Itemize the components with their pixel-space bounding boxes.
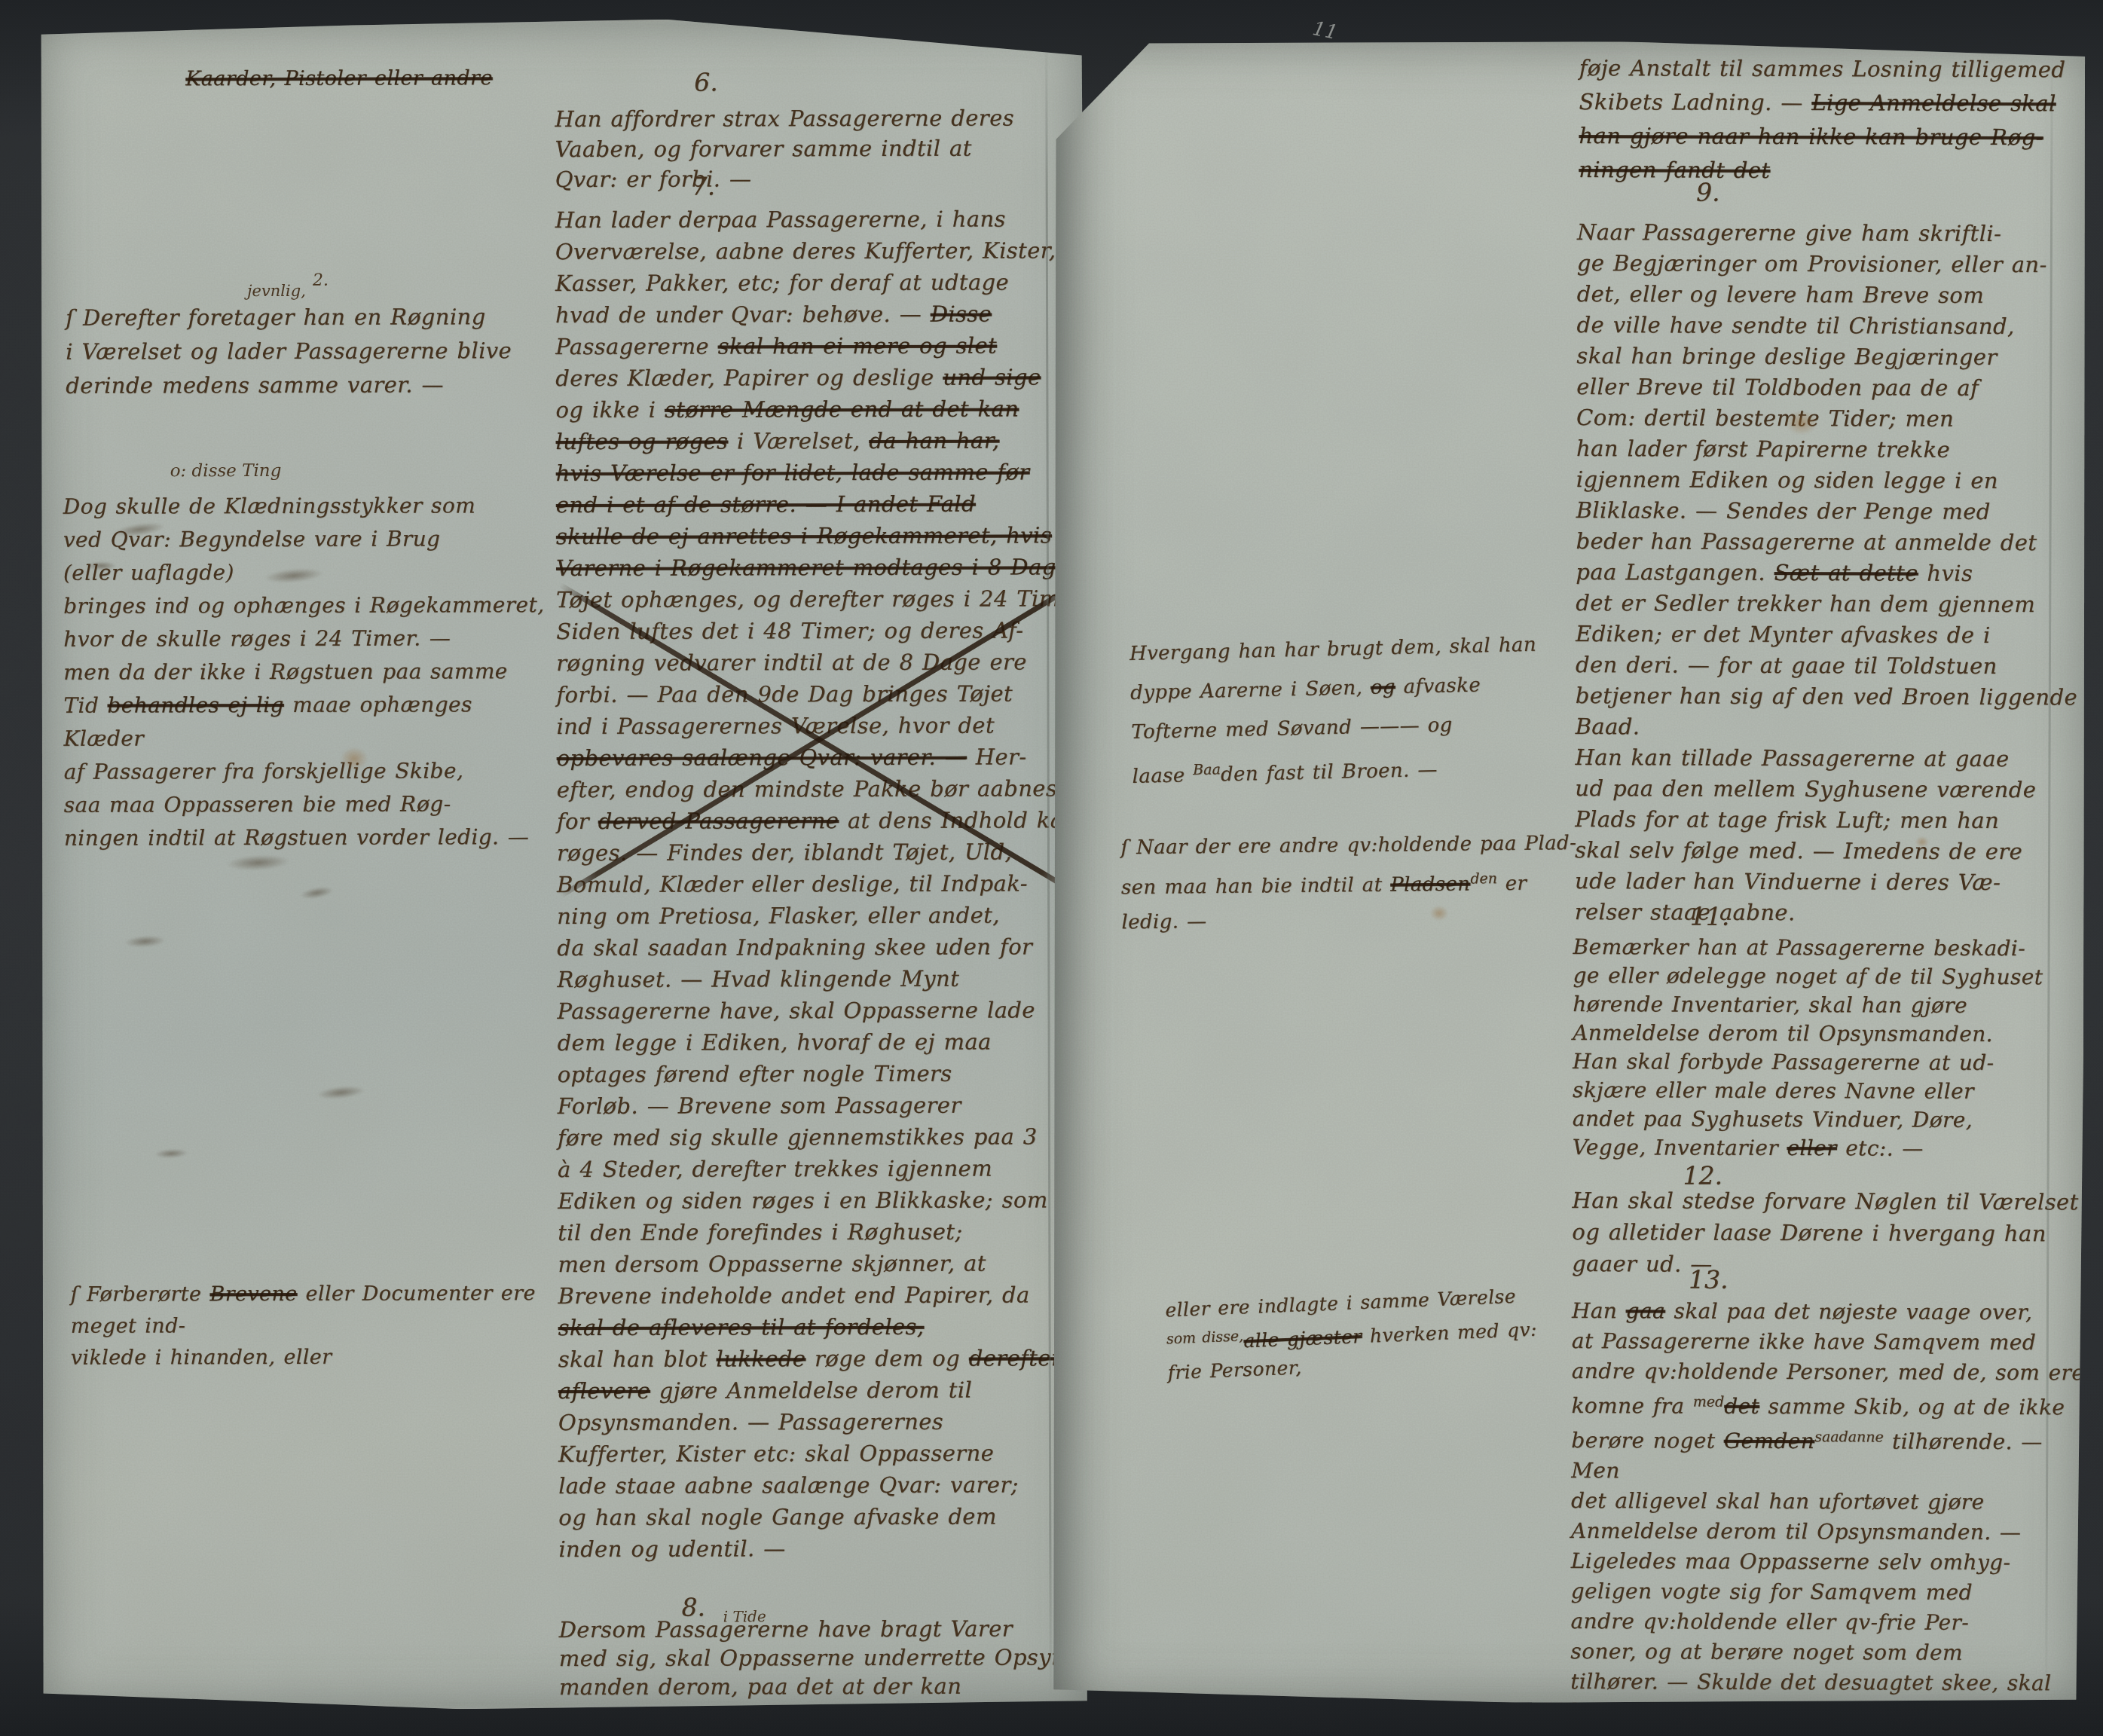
text-run: røge dem og: [805, 1346, 968, 1372]
text-run: Han skal stedse forvare Nøglen til Værel…: [1572, 1187, 2079, 1277]
interline-insert: den: [1470, 870, 1497, 887]
struck-text: eller: [1787, 1135, 1837, 1160]
struck-text: Disse: [931, 301, 992, 327]
text-run: tilhørende. — Men det alligevel skal han…: [1570, 1429, 2051, 1725]
pen-squiggle-mark: 11: [1310, 17, 1340, 44]
section-number-11: 11.: [1690, 902, 1730, 931]
section-8-body: Dersom Passagererne have bragt Varer med…: [559, 1614, 1090, 1701]
section-number-9: 9.: [1696, 178, 1720, 207]
struck-text: luftes og røges: [555, 428, 728, 454]
struck-text: Sæt at dette: [1774, 560, 1918, 586]
struck-text: alle gjæster: [1243, 1325, 1362, 1352]
text-run: ſ Førberørte: [70, 1282, 209, 1306]
section-12-body: Han skal stedse forvare Nøglen til Værel…: [1572, 1184, 2095, 1281]
struck-text: det: [1724, 1394, 1759, 1419]
text-run: eller ere indlagte i samme Værelse: [1165, 1285, 1517, 1322]
struck-text: Pladsen: [1390, 873, 1471, 896]
margin-note-weapons: Kaarder, Pistoler eller andre: [185, 66, 493, 90]
text-run: Han affordrer strax Passagererne deres V…: [555, 105, 1014, 192]
text-run: Tøjet ophænges, og derefter røges i 24 T…: [556, 554, 1089, 739]
struck-text: lukkede: [717, 1346, 806, 1371]
struck-text: und sige: [943, 364, 1041, 390]
section-13-body: Han gaa skal paa det nøjeste vaage over,…: [1570, 1296, 2099, 1728]
reference-mark: 2.: [313, 271, 329, 290]
continuation-body: føje Anstalt til sammes Losning tilligem…: [1579, 51, 2099, 188]
right-page: føje Anstalt til sammes Losning tilligem…: [1050, 40, 2087, 1705]
section-7-body: Han lader derpaa Passagererne, i hans Ov…: [555, 203, 1093, 1565]
struck-text: opbevares saalænge Qvar: varer. —: [557, 744, 967, 771]
struck-text: gaa: [1626, 1298, 1666, 1323]
interline-insert: som disse,: [1166, 1328, 1244, 1347]
manuscript-scan: Kaarder, Pistoler eller andre 6. Han aff…: [0, 0, 2103, 1736]
text-run: ſ Derefter foretager han en Røgning i Væ…: [66, 304, 512, 398]
text-run: i Værelset,: [728, 428, 869, 454]
text-run: den fast til Broen. —: [1221, 759, 1438, 787]
left-page: Kaarder, Pistoler eller andre 6. Han aff…: [37, 18, 1090, 1710]
struck-text: og: [1370, 676, 1395, 699]
interline-insert: med: [1693, 1394, 1725, 1410]
struck-text: behandles ej lig: [107, 692, 283, 718]
section-6-body: Han affordrer strax Passagererne deres V…: [555, 102, 1086, 194]
struck-text: Brevene: [209, 1282, 297, 1306]
struck-text: hvis Værelse er for lidet, lade samme fø…: [556, 459, 1077, 581]
text-run: Dersom Passagererne have bragt Varer med…: [559, 1615, 1085, 1700]
section-number-6: 6.: [694, 67, 718, 96]
section-number-7: 7.: [692, 171, 716, 200]
margin-note-boat: Hvergang han har brugt dem, skal han dyp…: [1129, 624, 1592, 796]
margin-note-documents: ſ Førberørte Brevene eller Documenter er…: [70, 1278, 567, 1374]
section-9-body: Naar Passagererne give ham skriftli- ge …: [1575, 217, 2101, 929]
struck-text: Kaarder, Pistoler eller andre: [185, 66, 493, 90]
interline-insert: Baa: [1193, 761, 1221, 778]
section-number-13: 13.: [1689, 1265, 1729, 1294]
text-run: gjøre Anmeldelse derom til Opsynsmanden.…: [558, 1377, 1019, 1562]
interline-insert: jevnlig,: [247, 282, 306, 300]
text-run: at dens Indhold kan røges. — Findes der,…: [557, 807, 1078, 1309]
struck-text: skal de afleveres til at fordeles,: [558, 1314, 925, 1340]
text-run: hvis det er Sedler trekker han dem gjenn…: [1575, 561, 2077, 925]
margin-note-clothes: Dog skulle de Klædningsstykker som ved Q…: [63, 489, 561, 855]
struck-text: derved Passagererne: [598, 808, 839, 834]
margin-note-plads: ſ Naar der ere andre qv:holdende paa Pla…: [1120, 826, 1596, 940]
text-run: Bemærker han at Passagererne beskadi- ge…: [1573, 934, 2043, 1160]
interline-insert: saadanne: [1814, 1429, 1884, 1445]
text-run: Naar Passagererne give ham skriftli- ge …: [1576, 219, 2046, 585]
text-run: etc:. —: [1837, 1135, 1924, 1160]
margin-note-fumigation: ſ Derefter foretager han en Røgning i Væ…: [66, 300, 548, 403]
struck-text: da han har,: [869, 427, 999, 453]
struck-text: større Mængde end at det kan: [665, 396, 1019, 422]
struck-text: skal han ei mere og slet: [718, 332, 998, 359]
text-run: Dog skulle de Klædningsstykker som ved Q…: [63, 493, 545, 717]
interline-insert: o: disse Ting: [170, 461, 282, 481]
struck-text: Gemden: [1724, 1429, 1815, 1453]
section-11-body: Bemærker han at Passagererne beskadi- ge…: [1573, 933, 2097, 1163]
margin-note-room: eller ere indlagte i samme Værelse som d…: [1165, 1279, 1590, 1387]
